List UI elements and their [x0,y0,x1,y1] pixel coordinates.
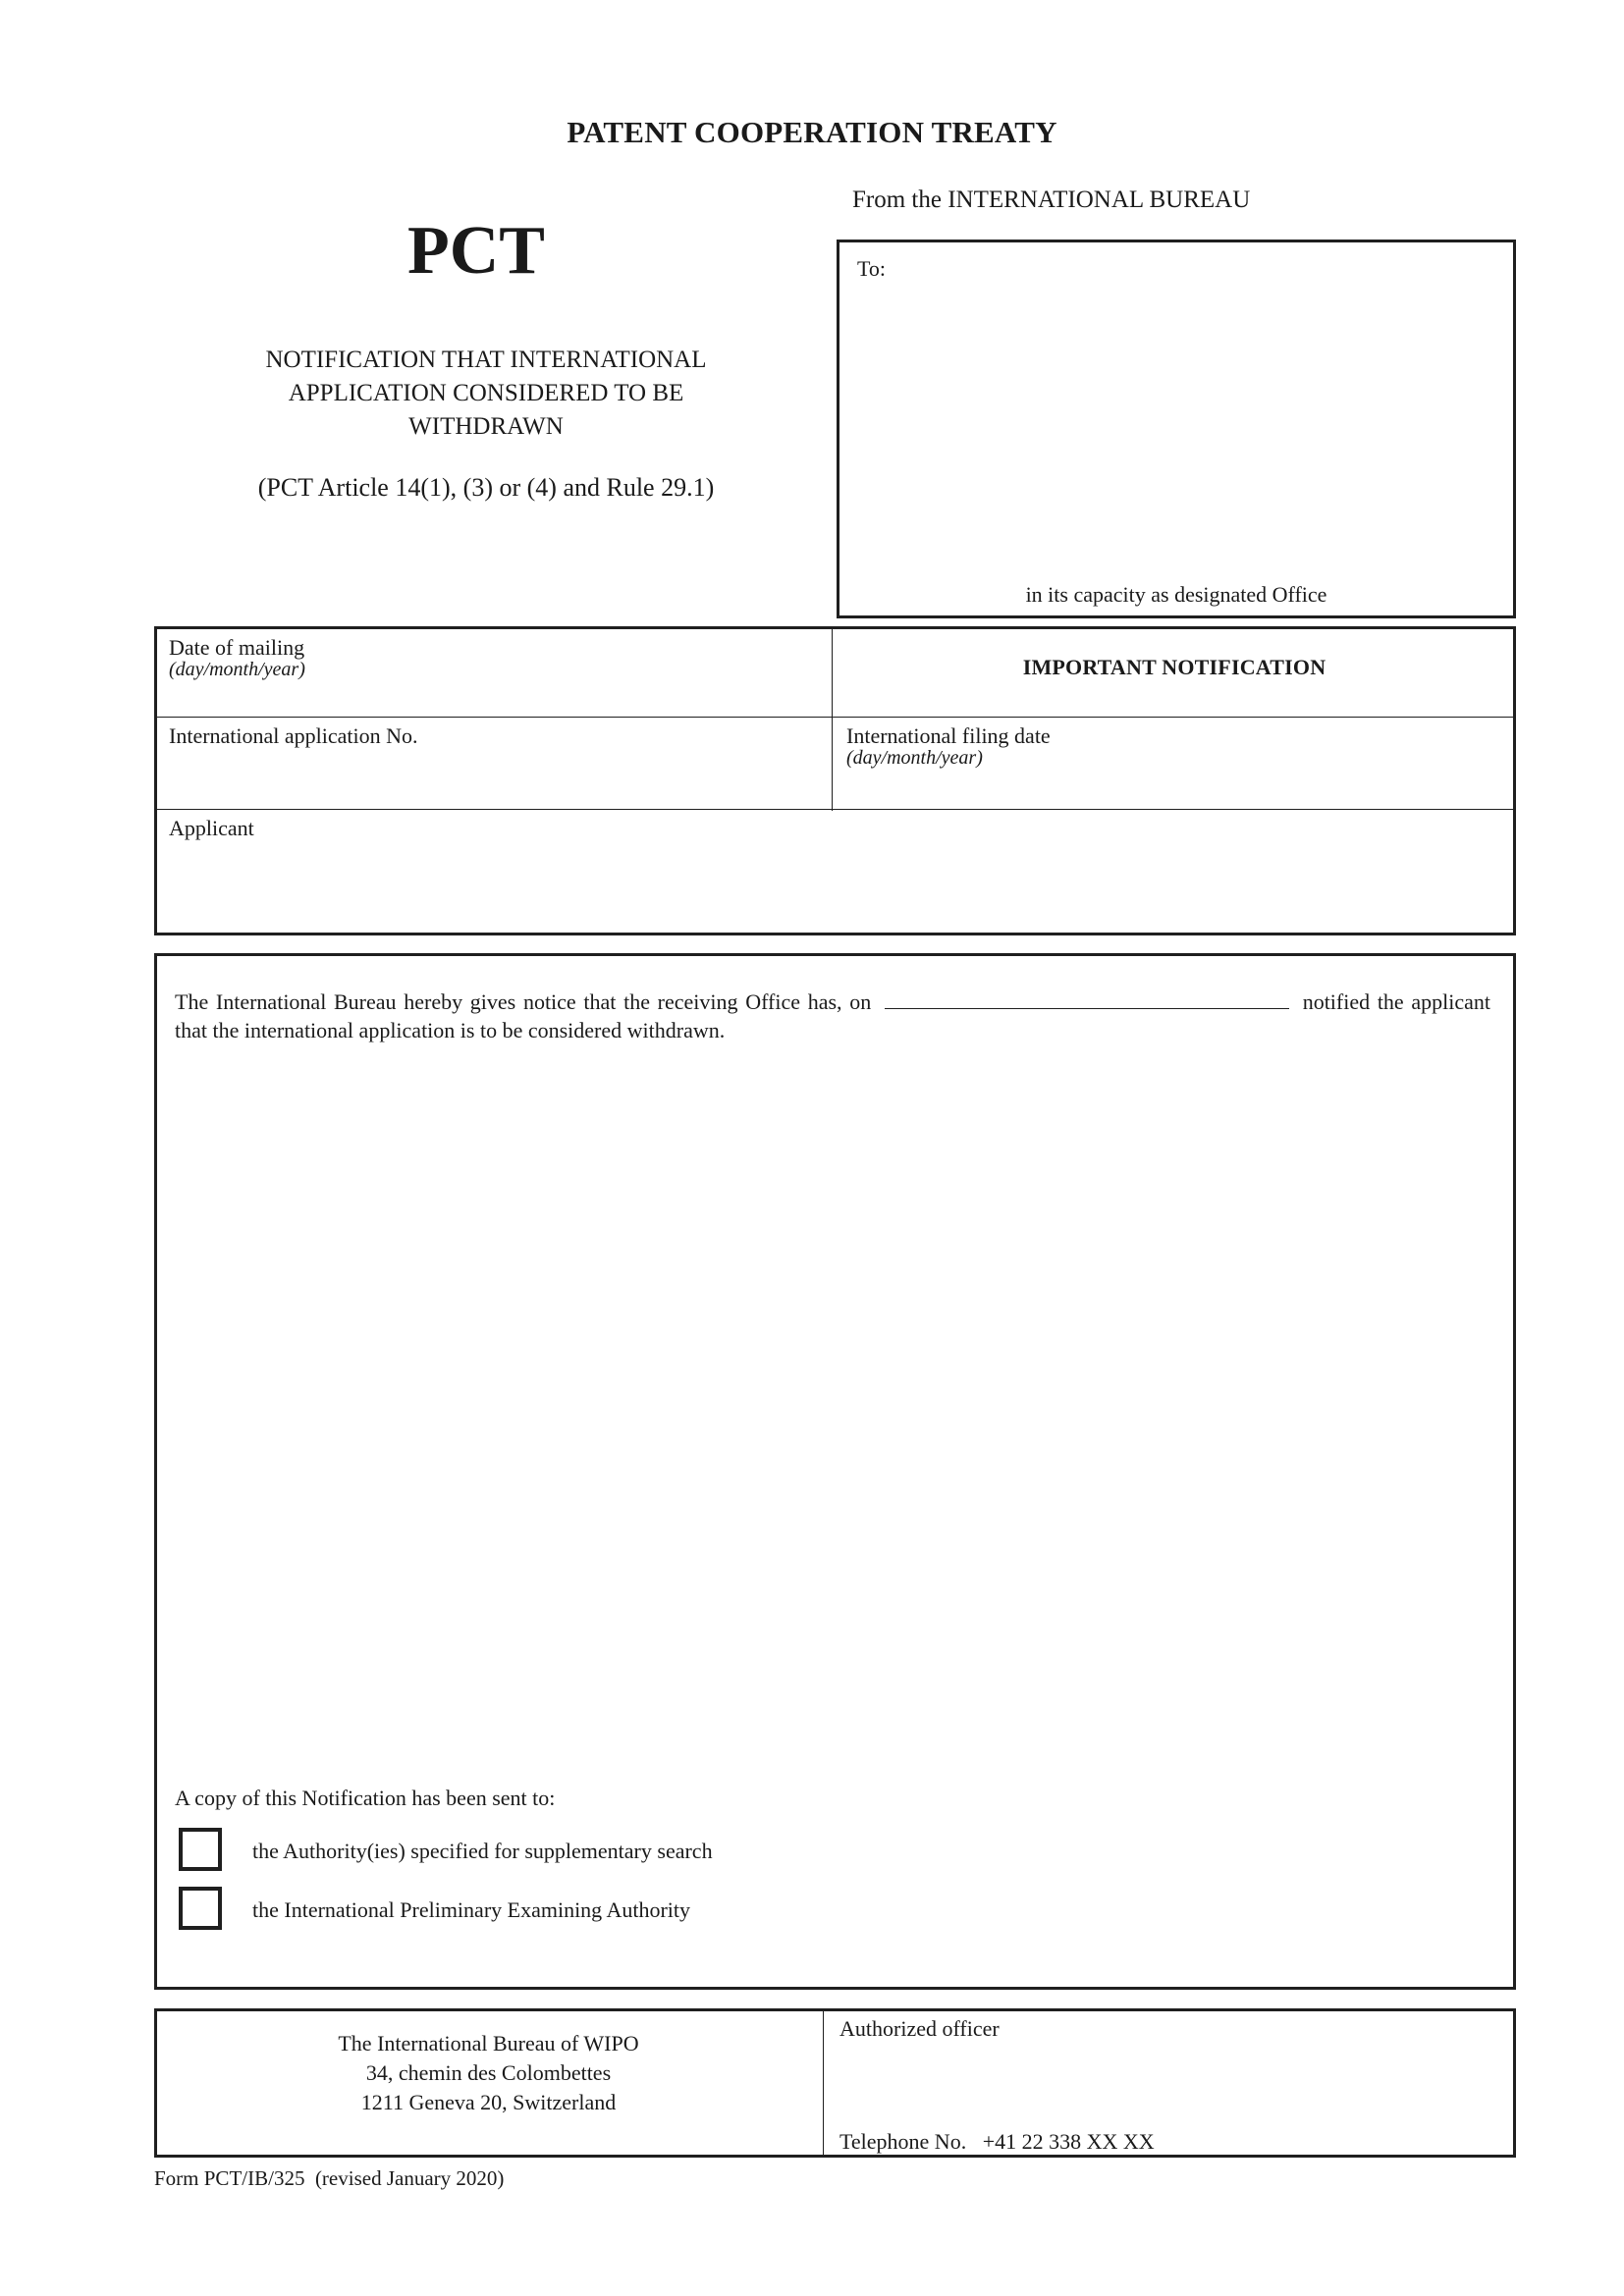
table-divider [156,809,1515,810]
notice-text: The International Bureau hereby gives no… [175,988,1490,1044]
recipient-address-box[interactable] [837,240,1516,618]
footer-divider [823,2010,824,2156]
applicant-label: Applicant [169,816,254,840]
ipea-label: the International Preliminary Examining … [252,1898,690,1922]
to-label: To: [857,257,886,281]
important-notification-heading: IMPORTANT NOTIFICATION [833,656,1516,679]
treaty-title: PATENT COOPERATION TREATY [0,115,1624,150]
date-of-mailing-field[interactable]: Date of mailing (day/month/year) [169,636,305,679]
notification-title-line: APPLICATION CONSIDERED TO BE [226,377,746,410]
application-number-field[interactable]: International application No. [169,724,418,748]
table-divider [156,717,1515,718]
supplementary-search-label: the Authority(ies) specified for supplem… [252,1840,713,1863]
address-line: 1211 Geneva 20, Switzerland [154,2088,823,2117]
notice-body-box [154,953,1516,1990]
application-number-label: International application No. [169,723,418,748]
pct-acronym: PCT [378,216,574,287]
notification-title-line: WITHDRAWN [226,410,746,444]
date-format-hint: (day/month/year) [169,660,305,679]
telephone: Telephone No. +41 22 338 XX XX [839,2130,1155,2154]
ipea-checkbox[interactable] [179,1887,222,1930]
supplementary-search-checkbox[interactable] [179,1828,222,1871]
capacity-note: in its capacity as designated Office [837,583,1516,607]
notification-date-blank[interactable] [885,990,1289,1009]
notification-title-line: NOTIFICATION THAT INTERNATIONAL [226,344,746,377]
filing-date-field[interactable]: International filing date (day/month/yea… [846,724,1051,768]
applicant-field[interactable]: Applicant [169,817,254,840]
telephone-value: +41 22 338 XX XX [983,2129,1155,2154]
form-identifier: Form PCT/IB/325 (revised January 2020) [154,2166,504,2190]
from-label: From the INTERNATIONAL BUREAU [852,187,1250,214]
filing-date-label: International filing date [846,723,1051,748]
address-line: 34, chemin des Colombettes [154,2058,823,2088]
date-format-hint: (day/month/year) [846,748,1051,768]
date-of-mailing-label: Date of mailing [169,635,304,660]
telephone-label: Telephone No. [839,2129,966,2154]
notification-title: NOTIFICATION THAT INTERNATIONAL APPLICAT… [226,344,746,444]
wipo-address: The International Bureau of WIPO 34, che… [154,2029,823,2117]
authorized-officer-label: Authorized officer [839,2017,1000,2041]
address-line: The International Bureau of WIPO [154,2029,823,2058]
notice-text-part: The International Bureau hereby gives no… [175,989,871,1014]
copy-sent-label: A copy of this Notification has been sen… [175,1787,555,1810]
legal-basis: (PCT Article 14(1), (3) or (4) and Rule … [226,473,746,503]
